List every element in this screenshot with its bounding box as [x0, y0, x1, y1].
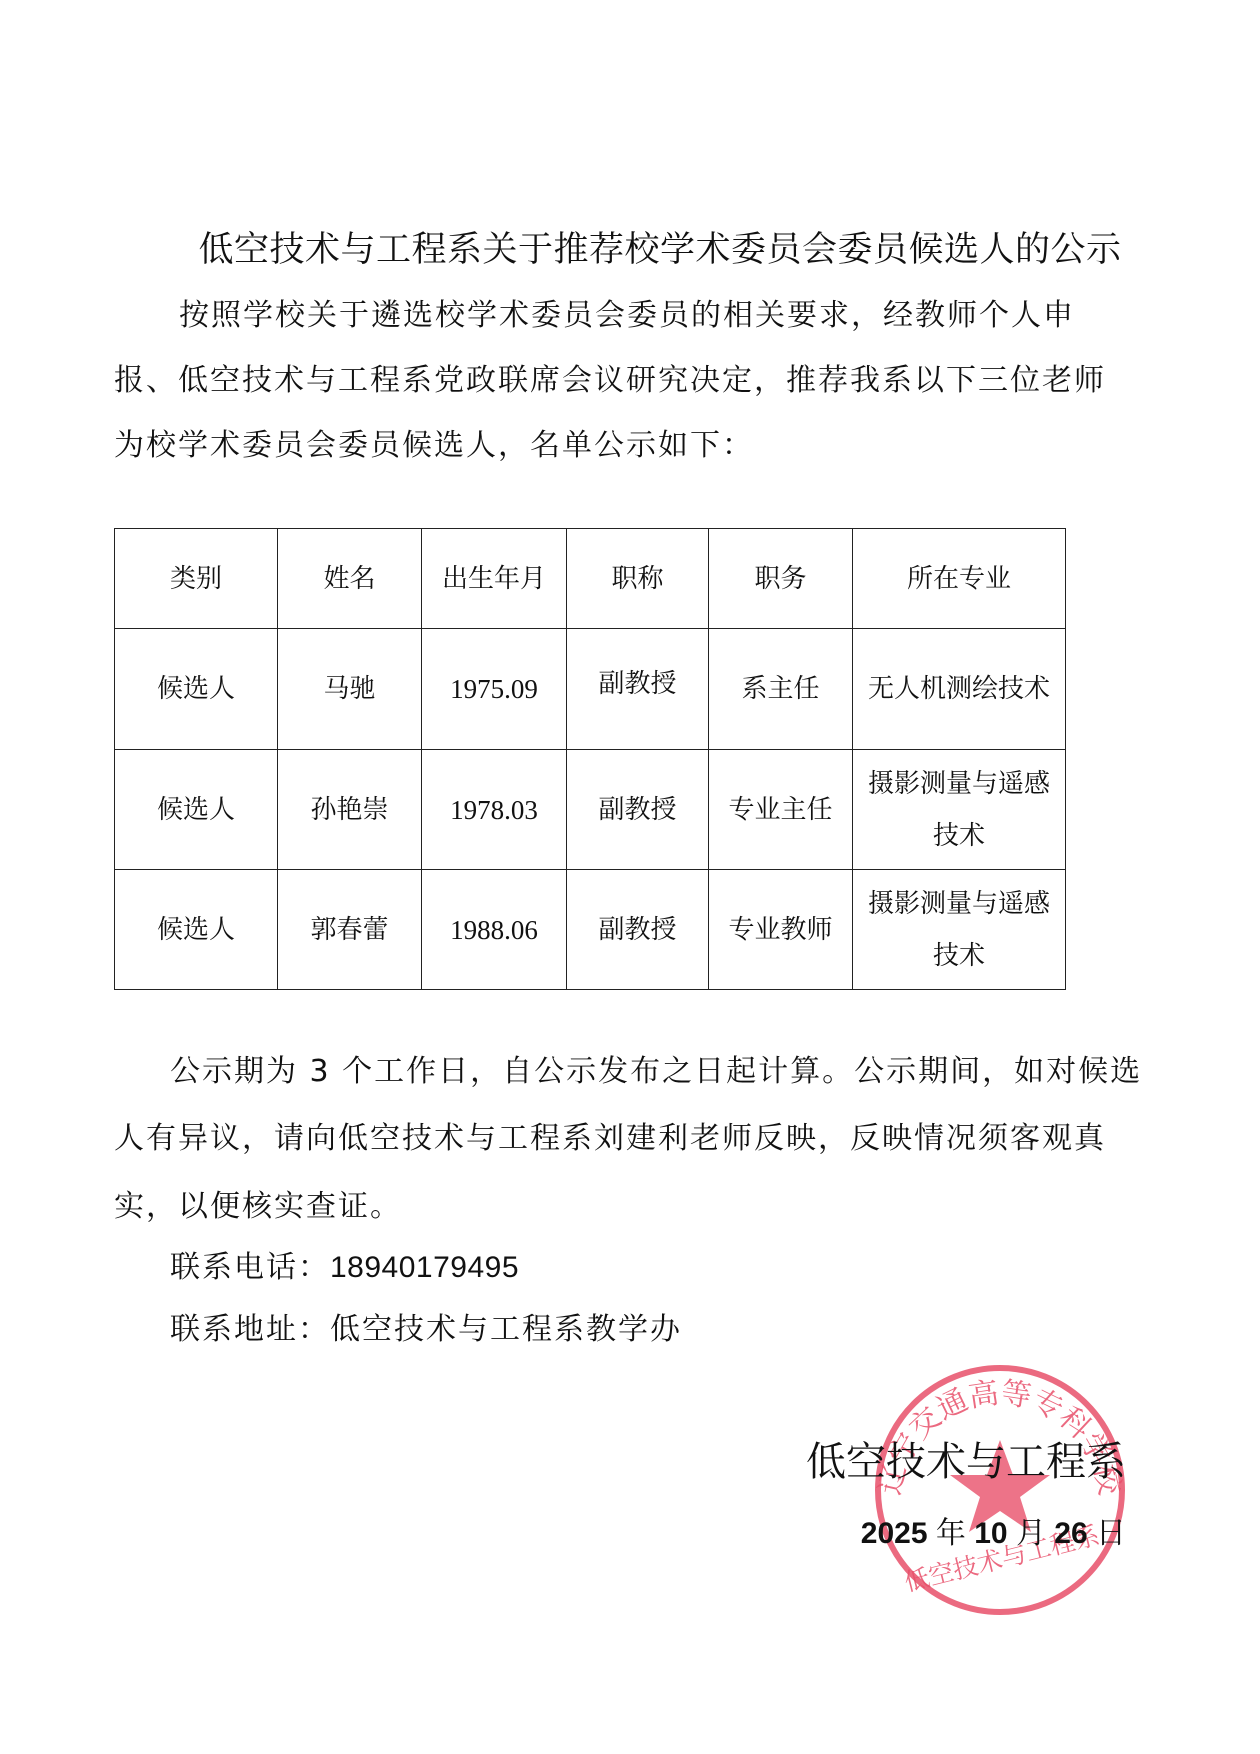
- date-month-label: 月: [1016, 1517, 1046, 1550]
- cell-birth: 1978.03: [422, 750, 567, 870]
- cell-position: 系主任: [709, 629, 853, 750]
- date-year: 2025: [861, 1517, 928, 1550]
- cell-major-line: 技术: [857, 930, 1061, 982]
- contact-phone: 18940179495: [330, 1251, 519, 1284]
- cell-major: 无人机测绘技术: [853, 629, 1066, 750]
- contact-address: 低空技术与工程系教学办: [330, 1312, 682, 1347]
- date-month: 10: [974, 1517, 1007, 1550]
- cell-major-line: 摄影测量与遥感: [857, 758, 1061, 810]
- cell-category: 候选人: [115, 870, 278, 990]
- header-name: 姓名: [278, 529, 422, 629]
- intro-line-2: 报、低空技术与工程系党政联席会议研究决定，推荐我系以下三位老师: [114, 355, 1106, 399]
- table-row: 候选人 孙艳崇 1978.03 副教授 专业主任 摄影测量与遥感 技术: [115, 750, 1066, 870]
- header-major: 所在专业: [853, 529, 1066, 629]
- contact-address-label: 联系地址：: [170, 1312, 330, 1347]
- contact-phone-row: 联系电话：18940179495: [170, 1242, 519, 1286]
- cell-major: 摄影测量与遥感 技术: [853, 750, 1066, 870]
- cell-position: 专业教师: [709, 870, 853, 990]
- cell-category: 候选人: [115, 629, 278, 750]
- cell-birth: 1988.06: [422, 870, 567, 990]
- official-seal-stamp: 辽宁交通高等专科学校 低空技术与工程系: [870, 1362, 1130, 1622]
- date-day: 26: [1054, 1517, 1087, 1550]
- seal-ring: [878, 1368, 1122, 1612]
- cell-name: 孙艳崇: [278, 750, 422, 870]
- date-day-label: 日: [1096, 1517, 1126, 1550]
- cell-title: 副教授: [567, 750, 709, 870]
- cell-birth: 1975.09: [422, 629, 567, 750]
- document-title: 低空技术与工程系关于推荐校学术委员会委员候选人的公示: [0, 222, 1260, 272]
- cell-position: 专业主任: [709, 750, 853, 870]
- cell-major-line: 无人机测绘技术: [868, 674, 1050, 704]
- table-row: 候选人 马驰 1975.09 副教授 系主任 无人机测绘技术: [115, 629, 1066, 750]
- cell-name: 马驰: [278, 629, 422, 750]
- cell-major-line: 技术: [857, 810, 1061, 862]
- intro-line-1: 按照学校关于遴选校学术委员会委员的相关要求，经教师个人申: [179, 290, 1075, 334]
- contact-address-row: 联系地址：低空技术与工程系教学办: [170, 1304, 682, 1348]
- contact-phone-label: 联系电话：: [170, 1250, 330, 1285]
- notice-line-2: 人有异议，请向低空技术与工程系刘建利老师反映，反映情况须客观真: [114, 1113, 1106, 1157]
- date-year-label: 年: [936, 1517, 966, 1550]
- cell-major-line: 摄影测量与遥感: [857, 878, 1061, 930]
- cell-name: 郭春蕾: [278, 870, 422, 990]
- cell-category: 候选人: [115, 750, 278, 870]
- intro-line-3: 为校学术委员会委员候选人，名单公示如下：: [114, 420, 754, 464]
- notice-line-1: 公示期为 3 个工作日，自公示发布之日起计算。公示期间，如对候选: [170, 1046, 1142, 1090]
- header-birth: 出生年月: [422, 529, 567, 629]
- cell-title: 副教授: [567, 870, 709, 990]
- table-row: 候选人 郭春蕾 1988.06 副教授 专业教师 摄影测量与遥感 技术: [115, 870, 1066, 990]
- issuer-signature: 低空技术与工程系: [806, 1430, 1126, 1487]
- table-header-row: 类别 姓名 出生年月 职称 职务 所在专业: [115, 529, 1066, 629]
- cell-title: 副教授: [567, 629, 709, 750]
- notice-line-3: 实，以便核实查证。: [114, 1181, 402, 1225]
- header-title: 职称: [567, 529, 709, 629]
- candidates-table: 类别 姓名 出生年月 职称 职务 所在专业 候选人 马驰 1975.09 副教授…: [114, 528, 1066, 990]
- header-category: 类别: [115, 529, 278, 629]
- cell-major: 摄影测量与遥感 技术: [853, 870, 1066, 990]
- header-position: 职务: [709, 529, 853, 629]
- issue-date: 2025 年 10 月 26 日: [861, 1508, 1126, 1552]
